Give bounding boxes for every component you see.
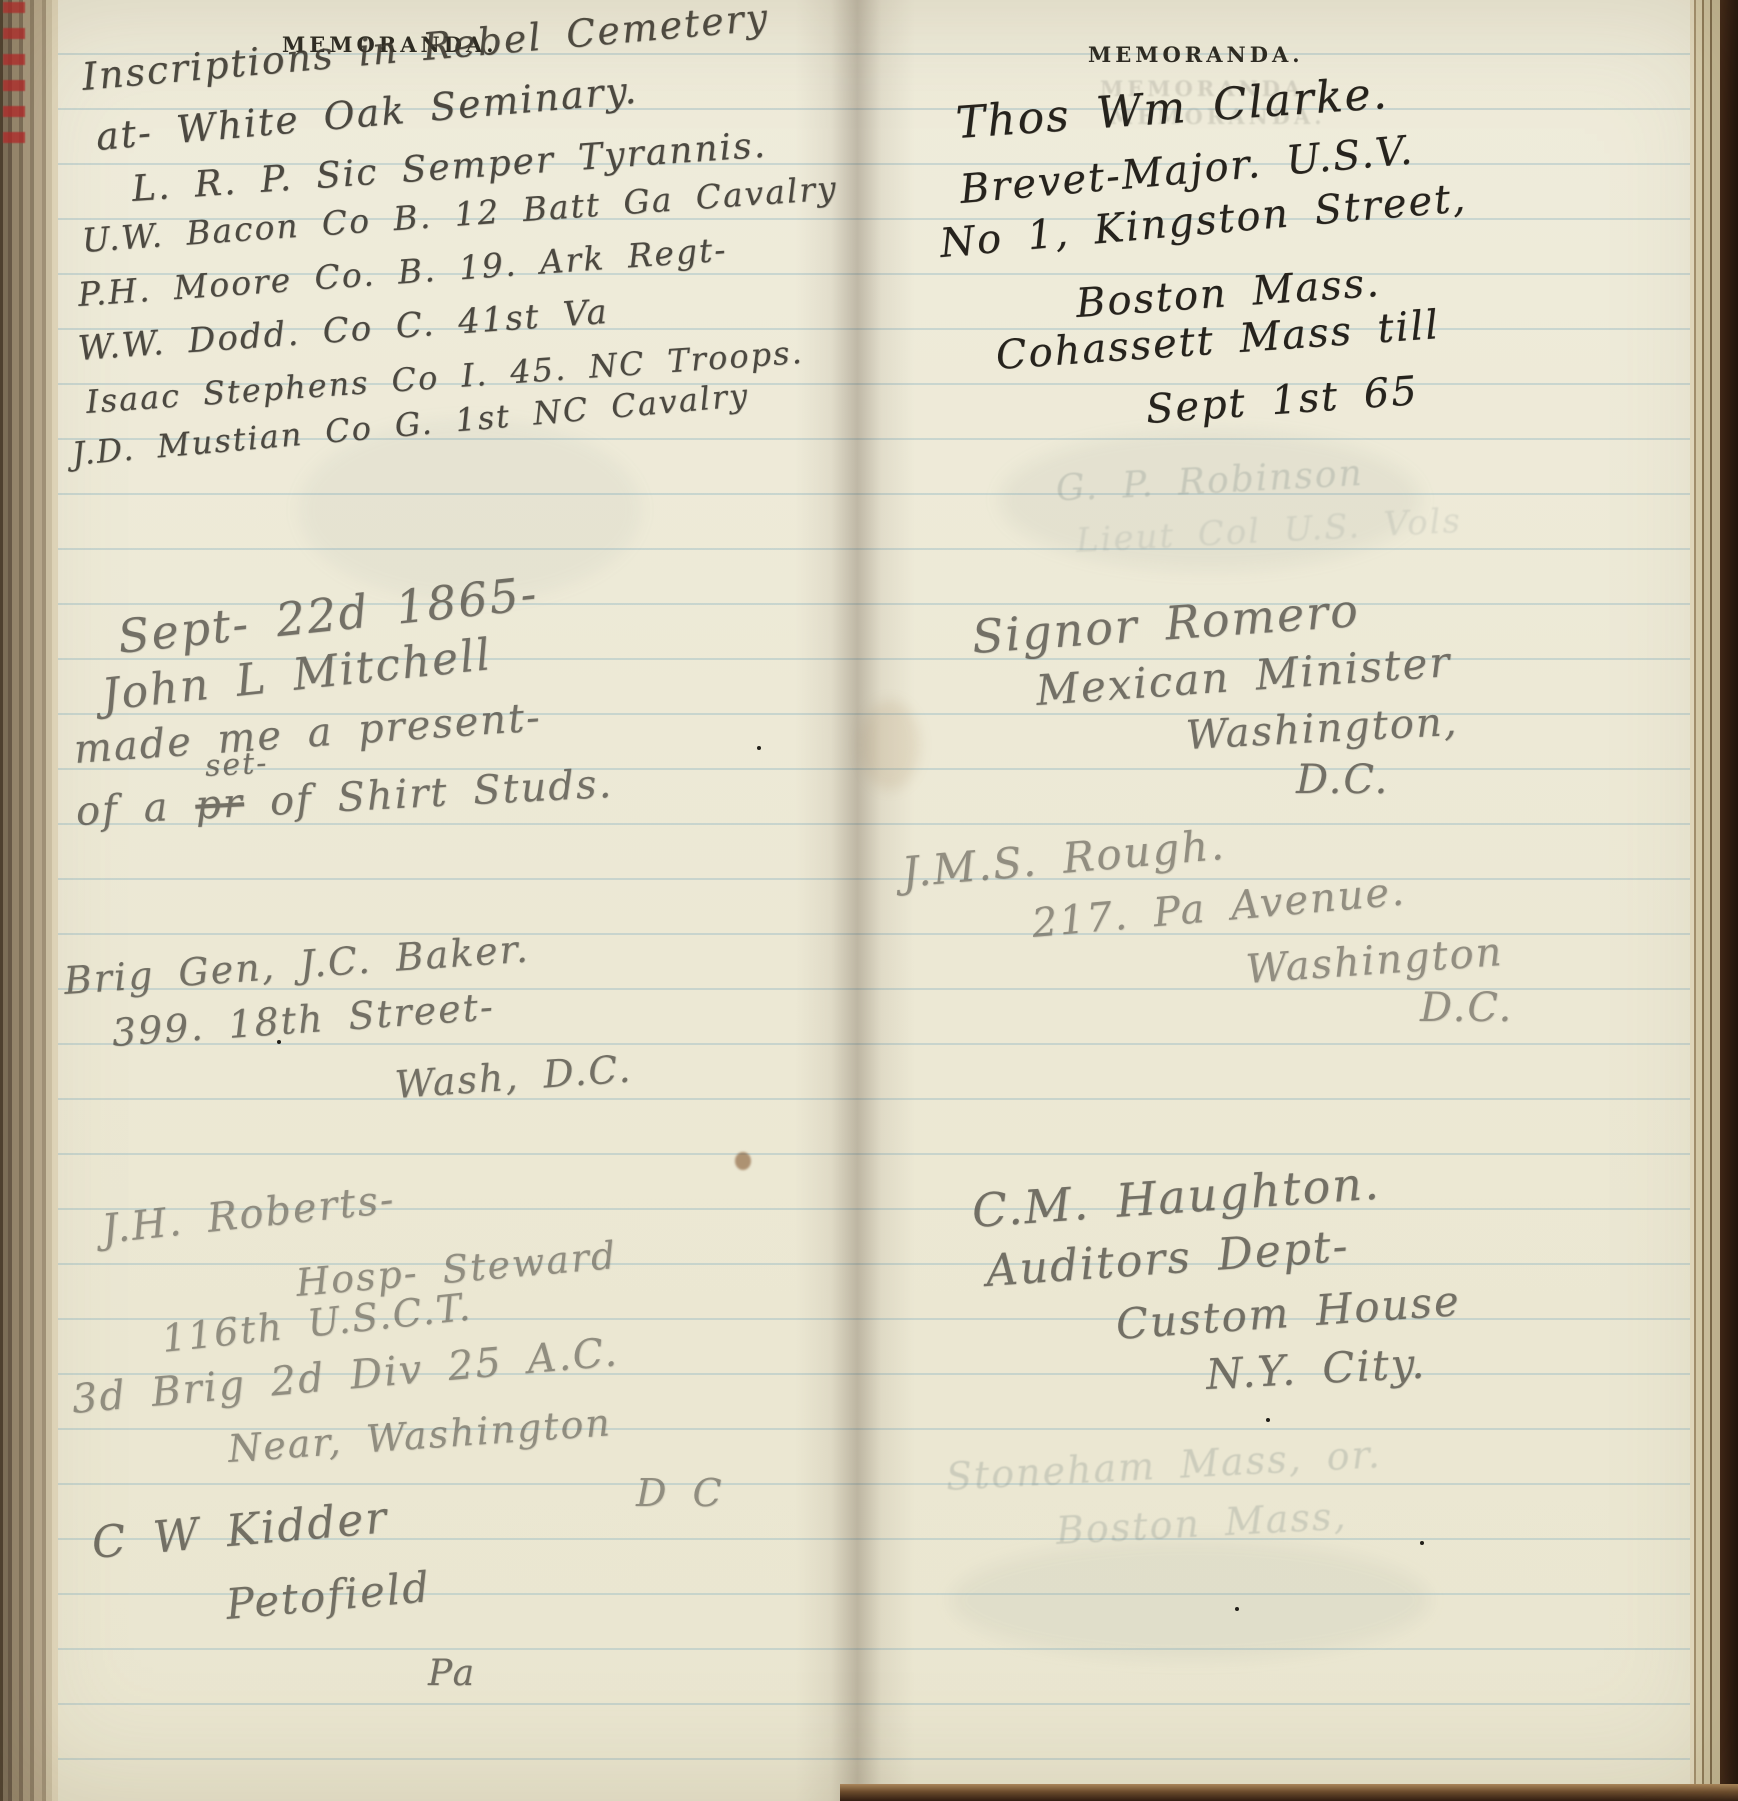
ghost-handwriting: Boston Mass, — [1055, 1497, 1348, 1550]
handwritten-line: Near, Washington — [227, 1403, 613, 1468]
handwritten-line: Custom House — [1115, 1280, 1463, 1346]
handwritten-line: J.M.S. Rough. — [900, 824, 1227, 894]
handwritten-line: C W Kidder — [90, 1496, 390, 1566]
struck-word: pr — [194, 780, 245, 828]
handwritten-line: Petofield — [224, 1566, 432, 1626]
handwritten-line: J.H. Roberts- — [100, 1179, 397, 1250]
handwritten-line: D.C. — [1420, 988, 1513, 1028]
ghost-handwriting: Stoneham Mass, or. — [945, 1435, 1382, 1496]
handwritten-line: Washington — [1245, 932, 1505, 990]
page-edges-right — [1690, 0, 1720, 1801]
handwritten-line: D C — [636, 1474, 724, 1512]
speck — [757, 746, 761, 750]
handwritten-line: Inscriptions in Rebel Cemetery — [80, 0, 770, 96]
handwritten-text: of a — [75, 784, 171, 835]
ghost-handwriting: G. P. Robinson — [1055, 456, 1365, 508]
handwritten-line: Auditors Dept- — [984, 1225, 1350, 1294]
speck — [1420, 1541, 1424, 1545]
bleedthrough-smudge — [950, 1540, 1430, 1660]
handwritten-line: N.Y. City. — [1205, 1342, 1427, 1395]
memoranda-header-right: MEMORANDA. — [1088, 42, 1304, 67]
handwritten-line: D.C. — [1296, 760, 1389, 800]
stain — [735, 1152, 751, 1170]
gutter-shadow — [795, 0, 915, 1801]
handwritten-line: Wash, D.C. — [394, 1049, 634, 1103]
notebook-scan: MEMORANDA. MEMORANDA. MEMORANDA. MEMORAN… — [0, 0, 1738, 1801]
handwritten-line: 217. Pa Avenue. — [1030, 871, 1407, 944]
handwritten-line: Washington, — [1185, 702, 1459, 756]
speck — [1235, 1607, 1239, 1611]
page-edges-left — [0, 0, 58, 1801]
handwritten-text: of Shirt Studs. — [269, 761, 614, 825]
book-cover-bottom — [840, 1784, 1738, 1801]
inserted-word: set- — [204, 749, 269, 782]
handwritten-line: of aprof Shirt Studs. — [75, 764, 614, 832]
ghost-handwriting: Lieut Col U.S. Vols — [1075, 504, 1463, 558]
handwritten-line: Pa — [428, 1656, 476, 1692]
speck — [1266, 1418, 1270, 1422]
red-edge-dye-marks — [3, 2, 25, 152]
book-cover-right — [1720, 0, 1738, 1801]
handwritten-line: Sept 1st 65 — [1145, 371, 1420, 430]
handwritten-line: 399. 18th Street- — [111, 987, 496, 1052]
